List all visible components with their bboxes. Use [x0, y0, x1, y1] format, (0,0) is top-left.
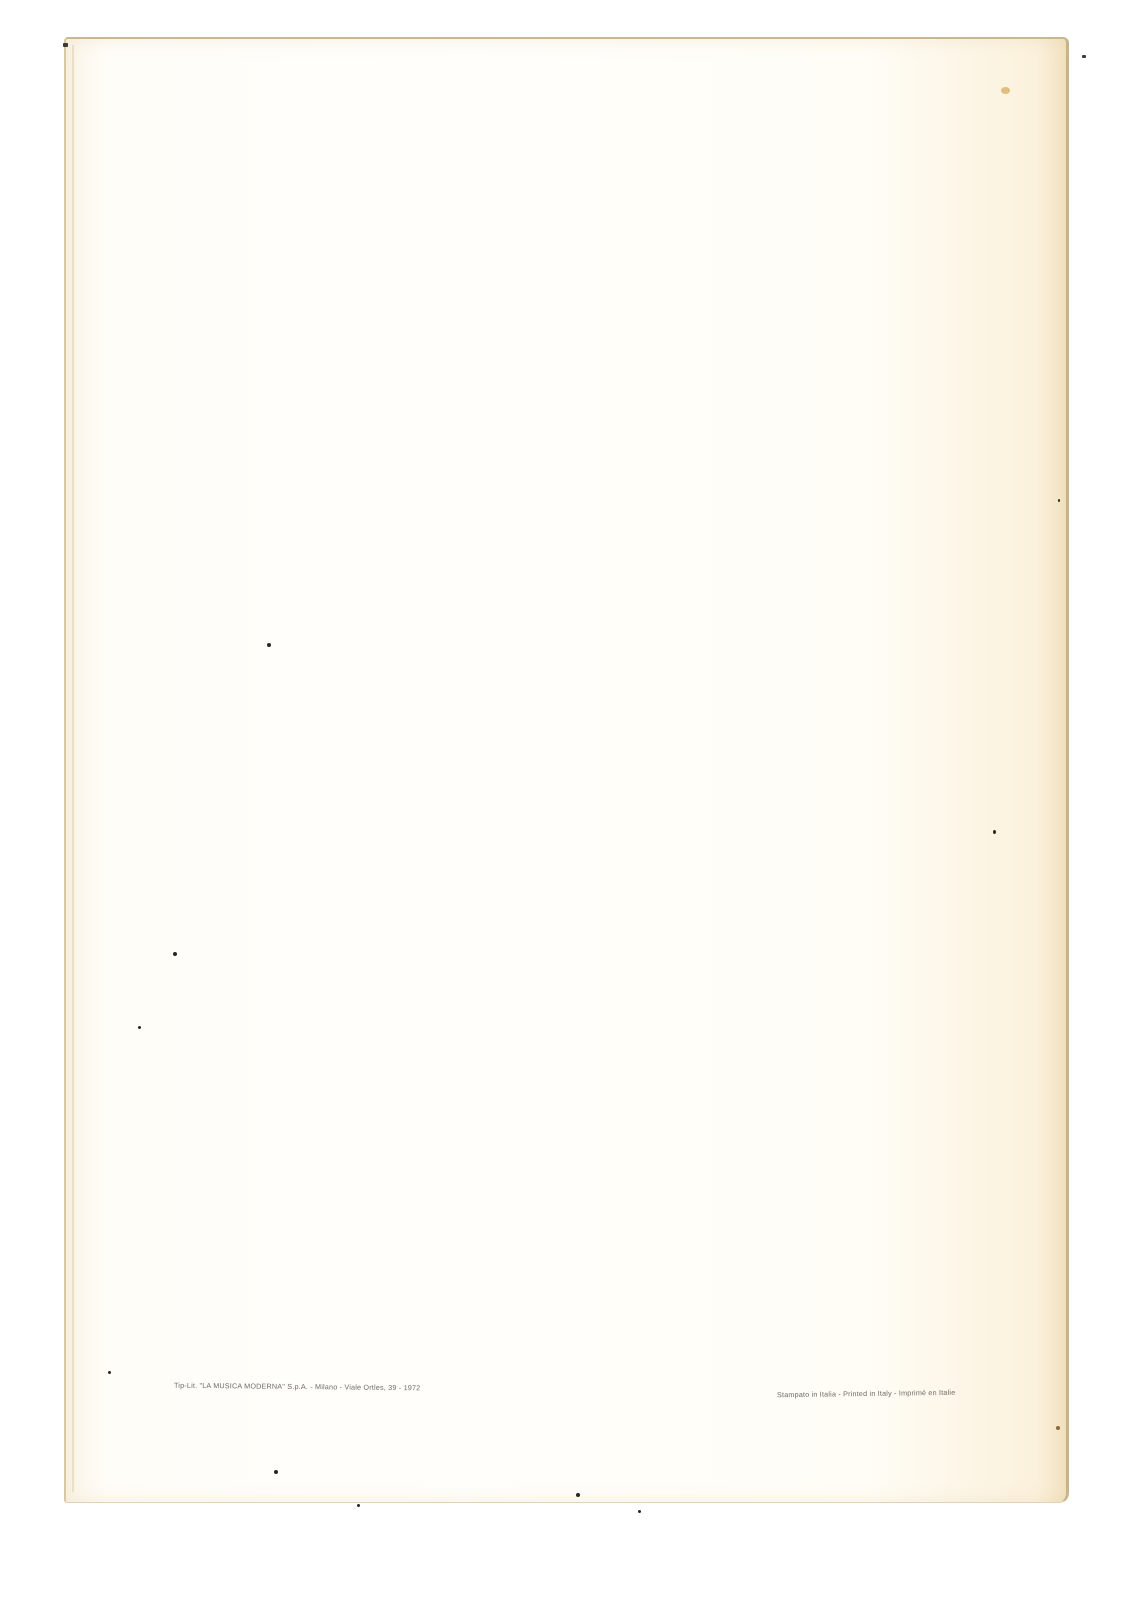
paper-speck: [576, 1493, 580, 1497]
paper-speck: [267, 643, 271, 647]
paper-speck: [993, 830, 996, 834]
page-binding-edge: [72, 45, 74, 1492]
document-page: Tip-Lit. "LA MUSICA MODERNA" S.p.A. - Mi…: [64, 37, 1069, 1503]
paper-stain: [1001, 87, 1010, 94]
printer-imprint: Tip-Lit. "LA MUSICA MODERNA" S.p.A. - Mi…: [174, 1381, 420, 1393]
paper-speck: [173, 952, 177, 956]
printed-in-italy-notice: Stampato in Italia - Printed in Italy - …: [777, 1388, 955, 1399]
paper-speck: [638, 1510, 641, 1513]
scan-mark: [1082, 55, 1086, 58]
paper-speck: [357, 1504, 360, 1507]
paper-speck: [108, 1371, 111, 1374]
paper-speck: [1058, 499, 1060, 502]
paper-speck: [1056, 1426, 1060, 1430]
scan-mark: [63, 43, 68, 47]
paper-speck: [274, 1470, 278, 1474]
paper-speck: [138, 1026, 141, 1029]
